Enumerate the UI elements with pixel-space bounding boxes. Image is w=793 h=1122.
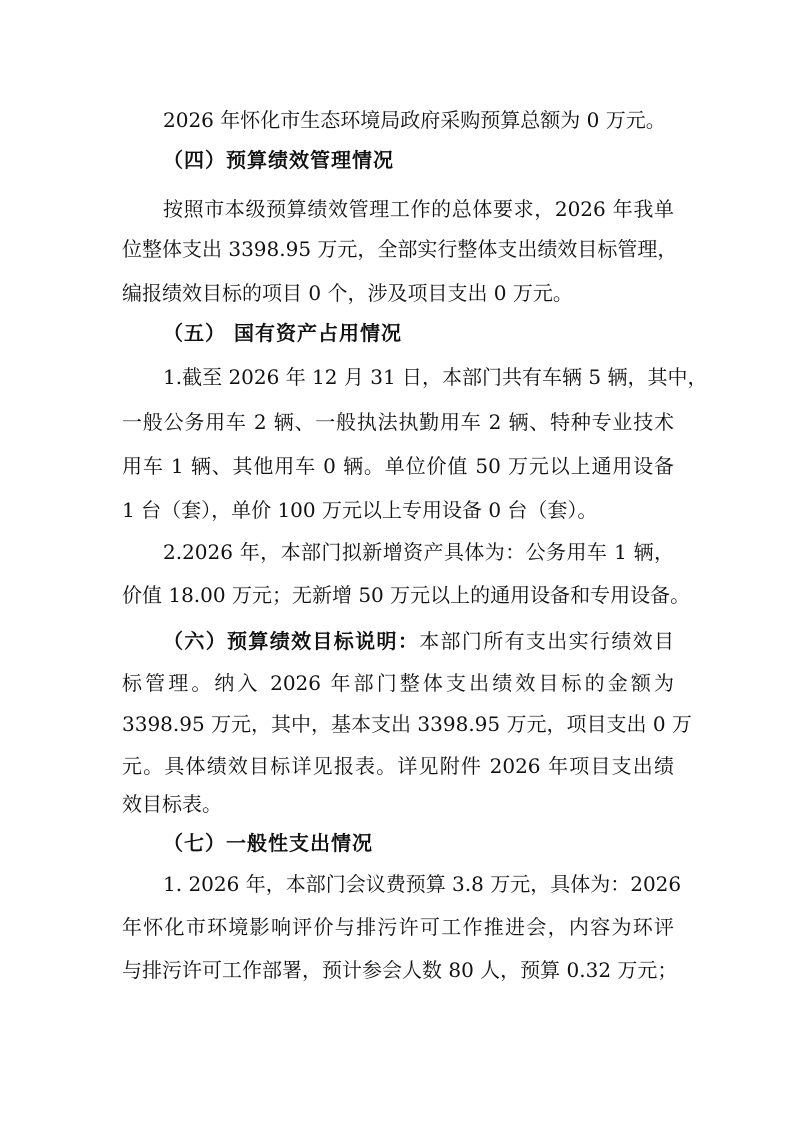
paragraph-goals-line-5: 效目标表。: [122, 789, 674, 819]
paragraph-goals-line-4: 元。具体绩效目标详见报表。详见附件 2026 年项目支出绩: [122, 751, 674, 781]
paragraph-performance-line-1: 按照市本级预算绩效管理工作的总体要求，2026 年我单: [163, 194, 674, 224]
paragraph-meeting-line-2: 年怀化市环境影响评价与排污许可工作推进会，内容为环评: [122, 912, 674, 942]
document-page: 2026 年怀化市生态环境局政府采购预算总额为 0 万元。 （四）预算绩效管理情…: [0, 0, 793, 1122]
paragraph-assets-line-2: 一般公务用车 2 辆、一般执法执勤用车 2 辆、特种专业技术: [122, 407, 674, 437]
section-heading-6: （六）预算绩效目标说明：: [163, 629, 419, 653]
paragraph-new-assets-line-1: 2.2026 年，本部门拟新增资产具体为：公务用车 1 辆，: [163, 537, 674, 567]
paragraph-procurement: 2026 年怀化市生态环境局政府采购预算总额为 0 万元。: [163, 105, 674, 135]
paragraph-performance-line-2: 位整体支出 3398.95 万元，全部实行整体支出绩效目标管理，: [122, 234, 674, 264]
section-heading-4: （四）预算绩效管理情况: [163, 145, 674, 175]
section-6-text: 本部门所有支出实行绩效目: [419, 629, 674, 653]
paragraph-goals-line-2: 标管理。纳入 2026 年部门整体支出绩效目标的金额为: [122, 668, 674, 698]
paragraph-new-assets-line-2: 价值 18.00 万元；无新增 50 万元以上的通用设备和专用设备。: [122, 580, 674, 610]
section-heading-7: （七）一般性支出情况: [163, 828, 674, 858]
paragraph-goals-line-1: （六）预算绩效目标说明：本部门所有支出实行绩效目: [163, 626, 674, 656]
paragraph-meeting-line-1: 1. 2026 年，本部门会议费预算 3.8 万元，具体为：2026: [163, 869, 674, 899]
paragraph-assets-line-4: 1 台（套），单价 100 万元以上专用设备 0 台（套）。: [122, 495, 674, 525]
section-heading-5: （五） 国有资产占用情况: [163, 318, 674, 348]
paragraph-performance-line-3: 编报绩效目标的项目 0 个，涉及项目支出 0 万元。: [122, 278, 674, 308]
paragraph-assets-line-1: 1.截至 2026 年 12 月 31 日，本部门共有车辆 5 辆，其中，: [163, 362, 674, 392]
paragraph-meeting-line-3: 与排污许可工作部署，预计参会人数 80 人，预算 0.32 万元；: [122, 955, 674, 985]
paragraph-goals-line-3: 3398.95 万元，其中，基本支出 3398.95 万元，项目支出 0 万: [122, 709, 674, 739]
paragraph-assets-line-3: 用车 1 辆、其他用车 0 辆。单位价值 50 万元以上通用设备: [122, 451, 674, 481]
